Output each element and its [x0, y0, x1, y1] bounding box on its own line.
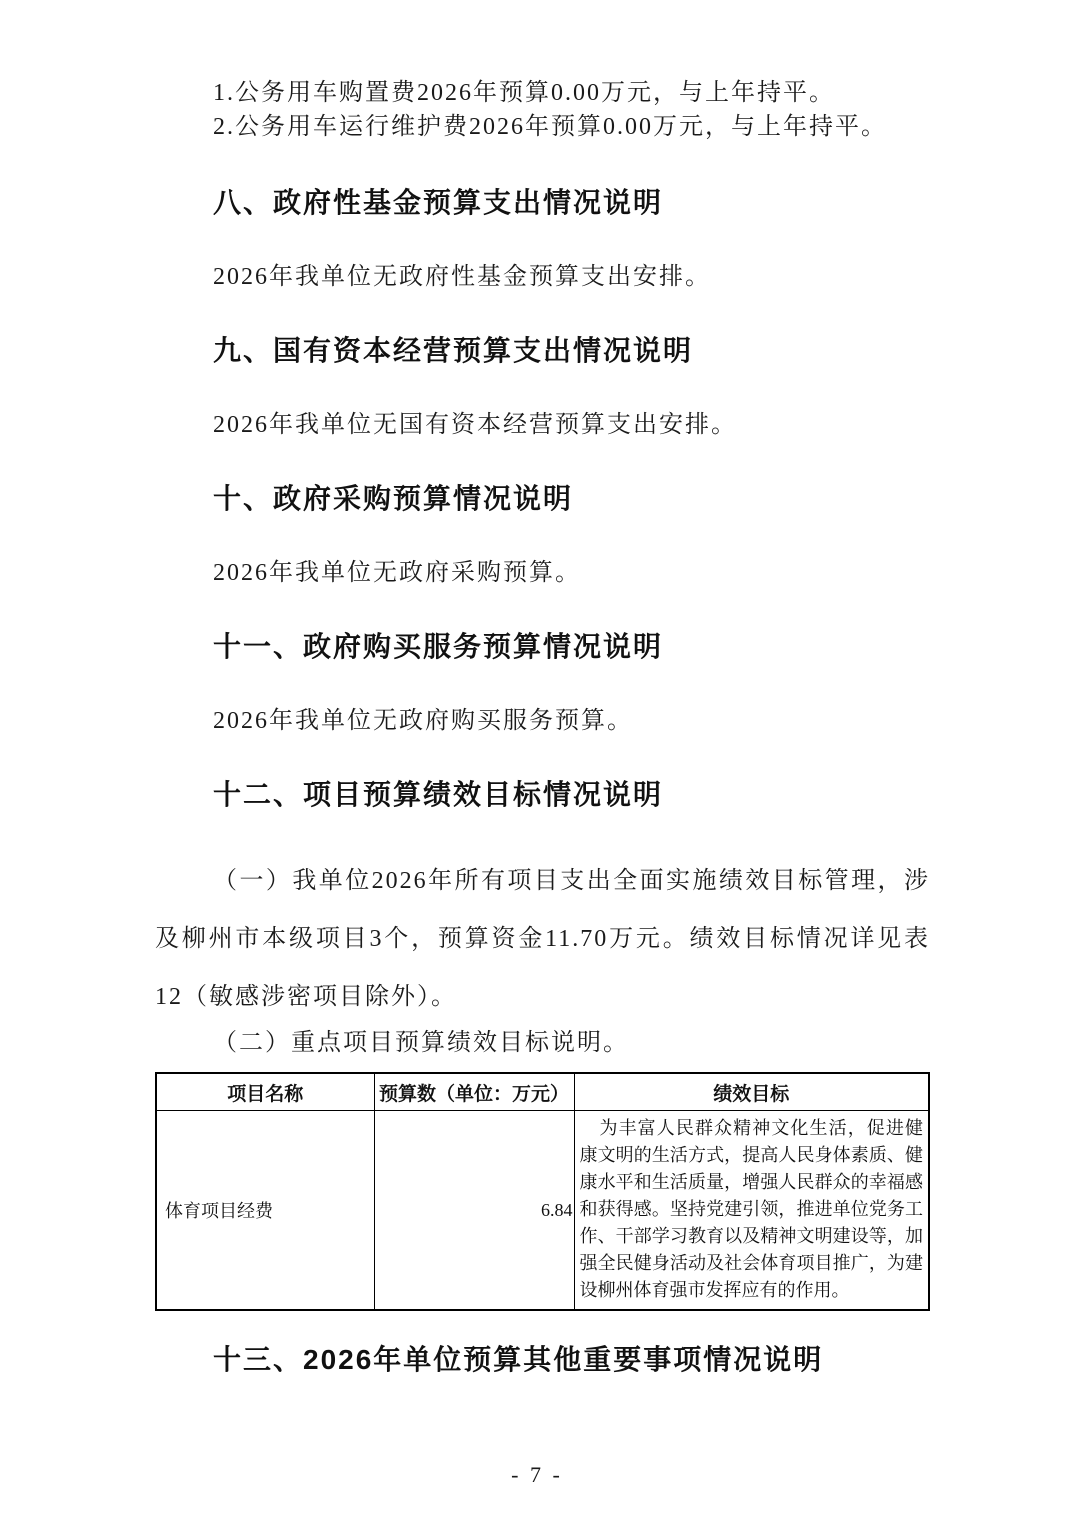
section-body-9: 2026年我单位无国有资本经营预算支出安排。 — [155, 408, 930, 442]
page-number: - 7 - — [0, 1462, 1074, 1488]
section-heading-11: 十一、政府购买服务预算情况说明 — [155, 628, 930, 666]
section-heading-10: 十、政府采购预算情况说明 — [155, 480, 930, 518]
section-body-8: 2026年我单位无政府性基金预算支出安排。 — [155, 260, 930, 294]
document-page: 1.公务用车购置费2026年预算0.00万元，与上年持平。 2.公务用车运行维护… — [0, 0, 1074, 1520]
col-header-project-name: 项目名称 — [156, 1073, 374, 1111]
section-heading-13: 十三、2026年单位预算其他重要事项情况说明 — [155, 1341, 930, 1379]
table-header-row: 项目名称 预算数（单位：万元） 绩效目标 — [156, 1073, 929, 1111]
intro-line-2: 2.公务用车运行维护费2026年预算0.00万元，与上年持平。 — [155, 110, 930, 144]
col-header-performance-goal: 绩效目标 — [574, 1073, 929, 1111]
performance-goals-table: 项目名称 预算数（单位：万元） 绩效目标 体育项目经费 6.84 为丰富人民群众… — [155, 1072, 930, 1311]
section-12-paragraph-2: （二）重点项目预算绩效目标说明。 — [155, 1026, 930, 1060]
intro-line-1: 1.公务用车购置费2026年预算0.00万元，与上年持平。 — [155, 76, 930, 110]
section-body-10: 2026年我单位无政府采购预算。 — [155, 556, 930, 590]
section-body-11: 2026年我单位无政府购买服务预算。 — [155, 704, 930, 738]
cell-budget-amount: 6.84 — [374, 1111, 574, 1311]
col-header-budget: 预算数（单位：万元） — [374, 1073, 574, 1111]
section-heading-12: 十二、项目预算绩效目标情况说明 — [155, 776, 930, 814]
section-heading-8: 八、政府性基金预算支出情况说明 — [155, 184, 930, 222]
section-12-paragraph-1: （一）我单位2026年所有项目支出全面实施绩效目标管理，涉及柳州市本级项目3个，… — [155, 852, 930, 1026]
section-heading-9: 九、国有资本经营预算支出情况说明 — [155, 332, 930, 370]
table-row: 体育项目经费 6.84 为丰富人民群众精神文化生活，促进健康文明的生活方式，提高… — [156, 1111, 929, 1311]
cell-project-name: 体育项目经费 — [156, 1111, 374, 1311]
cell-performance-goal: 为丰富人民群众精神文化生活，促进健康文明的生活方式，提高人民身体素质、健康水平和… — [574, 1111, 929, 1311]
